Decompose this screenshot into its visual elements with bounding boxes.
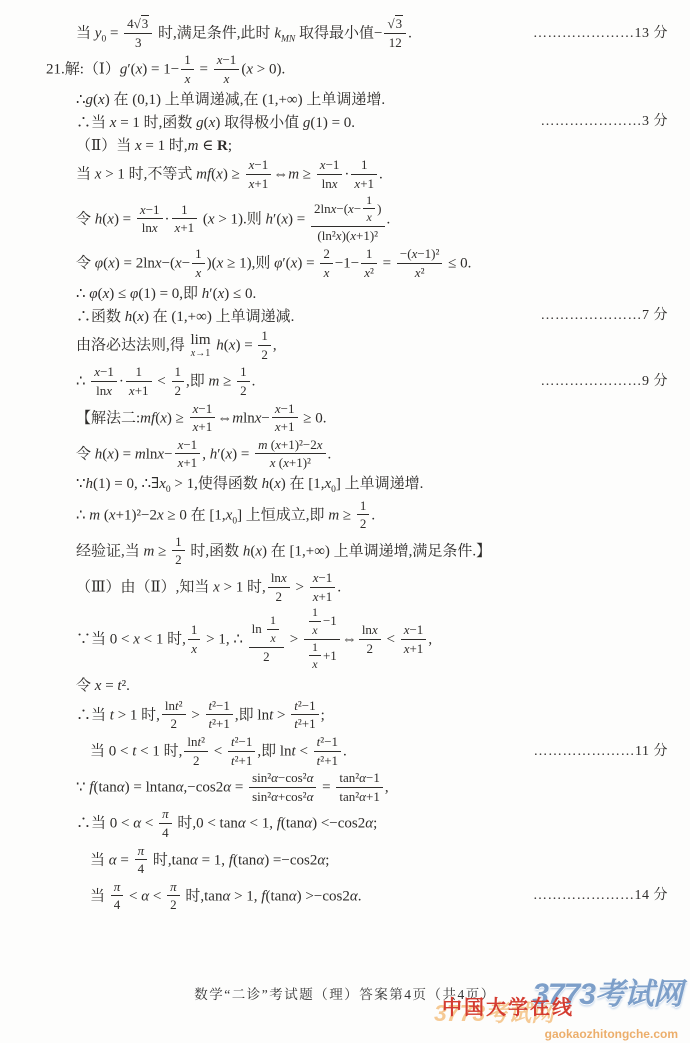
solution-line: 【解法二:mf(x) ≥ x−1x+1⇔mlnx−x−1x+1 ≥ 0. (76, 402, 668, 436)
score-marker: …………………14 分 (525, 887, 668, 906)
solution-line: ∴函数 h(x) 在 (1,+∞) 上单调递减.…………………7 分 (76, 306, 668, 327)
watermark: 3773考试网 3773考试网 中国大学在线 gaokaozhitongche.… (434, 969, 686, 1043)
math-text: ∴当 0 < α < π4 时,0 < tanα < 1, f(tanα) <−… (76, 807, 377, 841)
math-text: 当 x > 1 时,不等式 mf(x) ≥ x−1x+1⇔m ≥ x−1lnx·… (76, 158, 383, 192)
solution-line: 当 x > 1 时,不等式 mf(x) ≥ x−1x+1⇔m ≥ x−1lnx·… (76, 158, 668, 192)
math-text: 当 α = π4 时,tanα = 1, f(tanα) =−cos2α; (90, 844, 329, 878)
score-marker: …………………7 分 (533, 307, 669, 326)
solution-line: 当 y0 = 4√33 时,满足条件,此时 kMN 取得最小值−√312.………… (76, 17, 668, 51)
solution-line: 当 π4 < α < π2 时,tanα > 1, f(tanα) >−cos2… (90, 880, 668, 914)
math-text: ∴ x−1lnx·1x+1 < 12,即 m ≥ 12. (76, 365, 255, 399)
score-marker: …………………13 分 (525, 25, 668, 44)
solution-line: 经验证,当 m ≥ 12 时,函数 h(x) 在 [1,+∞) 上单调递增,满足… (76, 535, 668, 569)
math-text: 经验证,当 m ≥ 12 时,函数 h(x) 在 [1,+∞) 上单调递增,满足… (76, 535, 491, 569)
solution-line: ∴ φ(x) ≤ φ(1) = 0,即 h′(x) ≤ 0. (76, 283, 668, 304)
solution-line: ∴当 0 < α < π4 时,0 < tanα < 1, f(tanα) <−… (76, 807, 668, 841)
math-text: ∴ m (x+1)²−2x ≥ 0 在 [1,x0] 上恒成立,即 m ≥ 12… (76, 499, 375, 533)
solution-line: ∴ x−1lnx·1x+1 < 12,即 m ≥ 12.…………………9 分 (76, 365, 668, 399)
solution-line: 当 0 < t < 1 时,lnt²2 < t²−1t²+1,即 lnt < t… (90, 735, 668, 769)
solution-line: 由洛必达法则,得 limx→1 h(x) = 12, (76, 329, 668, 363)
solution-line: 令 x = t². (76, 676, 668, 697)
score-marker: …………………11 分 (526, 743, 668, 762)
solution-line: （Ⅱ）当 x = 1 时,m ∈ R; (76, 135, 668, 156)
math-text: 令 h(x) = mlnx−x−1x+1, h′(x) = m (x+1)²−2… (76, 438, 331, 472)
math-text: ∴g(x) 在 (0,1) 上单调递减,在 (1,+∞) 上单调递增. (76, 90, 385, 110)
solution-line: （Ⅲ）由（Ⅱ）,知当 x > 1 时,lnx2 > x−1x+1. (76, 571, 668, 605)
score-marker: …………………3 分 (533, 113, 669, 132)
math-text: 21.解:（Ⅰ）g′(x) = 1−1x = x−1x(x > 0). (46, 53, 285, 87)
solution-line: ∴当 x = 1 时,函数 g(x) 取得极小值 g(1) = 0.………………… (76, 112, 668, 133)
solution-line: 令 h(x) = x−1lnx·1x+1 (x > 1).则 h′(x) = 2… (76, 195, 668, 245)
math-text: 由洛必达法则,得 limx→1 h(x) = 12, (76, 329, 277, 363)
math-text: （Ⅱ）当 x = 1 时,m ∈ R; (76, 136, 232, 156)
math-text: （Ⅲ）由（Ⅱ）,知当 x > 1 时,lnx2 > x−1x+1. (76, 571, 341, 605)
math-text: 【解法二:mf(x) ≥ x−1x+1⇔mlnx−x−1x+1 ≥ 0. (76, 402, 326, 436)
math-text: 令 φ(x) = 2lnx−(x−1x)(x ≥ 1),则 φ′(x) = 2x… (76, 247, 471, 281)
math-text: ∴ φ(x) ≤ φ(1) = 0,即 h′(x) ≤ 0. (76, 284, 256, 304)
scanned-answer-page: 当 y0 = 4√33 时,满足条件,此时 kMN 取得最小值−√312.………… (0, 0, 690, 1043)
math-text: 令 x = t². (76, 676, 130, 696)
math-text: ∵ f(tanα) = lntanα,−cos2α = sin²α−cos²αs… (76, 771, 389, 805)
math-text: ∴函数 h(x) 在 (1,+∞) 上单调递减. (76, 307, 294, 327)
math-text: ∴当 x = 1 时,函数 g(x) 取得极小值 g(1) = 0. (76, 113, 355, 133)
math-text: 当 0 < t < 1 时,lnt²2 < t²−1t²+1,即 lnt < t… (90, 735, 347, 769)
solution-line: ∵ f(tanα) = lntanα,−cos2α = sin²α−cos²αs… (76, 771, 668, 805)
solution-line: ∴ m (x+1)²−2x ≥ 0 在 [1,x0] 上恒成立,即 m ≥ 12… (76, 499, 668, 533)
solution-line: 21.解:（Ⅰ）g′(x) = 1−1x = x−1x(x > 0). (46, 53, 668, 87)
math-text: ∵当 0 < x < 1 时,1x > 1, ∴ ln 1x2 > 1x−11x… (76, 607, 432, 674)
solution-line: ∵当 0 < x < 1 时,1x > 1, ∴ ln 1x2 > 1x−11x… (76, 607, 668, 674)
score-marker: …………………9 分 (533, 373, 669, 392)
math-text: 令 h(x) = x−1lnx·1x+1 (x > 1).则 h′(x) = 2… (76, 195, 390, 245)
math-text: 当 y0 = 4√33 时,满足条件,此时 kMN 取得最小值−√312. (76, 17, 412, 51)
watermark-domain-text: gaokaozhitongche.com (545, 1027, 678, 1041)
watermark-overlay-text: 中国大学在线 (442, 991, 574, 1020)
solution-line: ∴当 t > 1 时,lnt²2 > t²−1t²+1,即 lnt > t²−1… (76, 699, 668, 733)
solution-line: ∴g(x) 在 (0,1) 上单调递减,在 (1,+∞) 上单调递增. (76, 89, 668, 110)
solution-line: 令 φ(x) = 2lnx−(x−1x)(x ≥ 1),则 φ′(x) = 2x… (76, 247, 668, 281)
math-text: 当 π4 < α < π2 时,tanα > 1, f(tanα) >−cos2… (90, 880, 361, 914)
solution-line: 当 α = π4 时,tanα = 1, f(tanα) =−cos2α; (90, 844, 668, 878)
solution-lines: 当 y0 = 4√33 时,满足条件,此时 kMN 取得最小值−√312.………… (0, 0, 690, 914)
solution-line: 令 h(x) = mlnx−x−1x+1, h′(x) = m (x+1)²−2… (76, 438, 668, 472)
solution-line: ∵h(1) = 0, ∴∃x0 > 1,使得函数 h(x) 在 [1,x0] 上… (76, 474, 668, 497)
math-text: ∵h(1) = 0, ∴∃x0 > 1,使得函数 h(x) 在 [1,x0] 上… (76, 474, 423, 497)
math-text: ∴当 t > 1 时,lnt²2 > t²−1t²+1,即 lnt > t²−1… (76, 699, 325, 733)
